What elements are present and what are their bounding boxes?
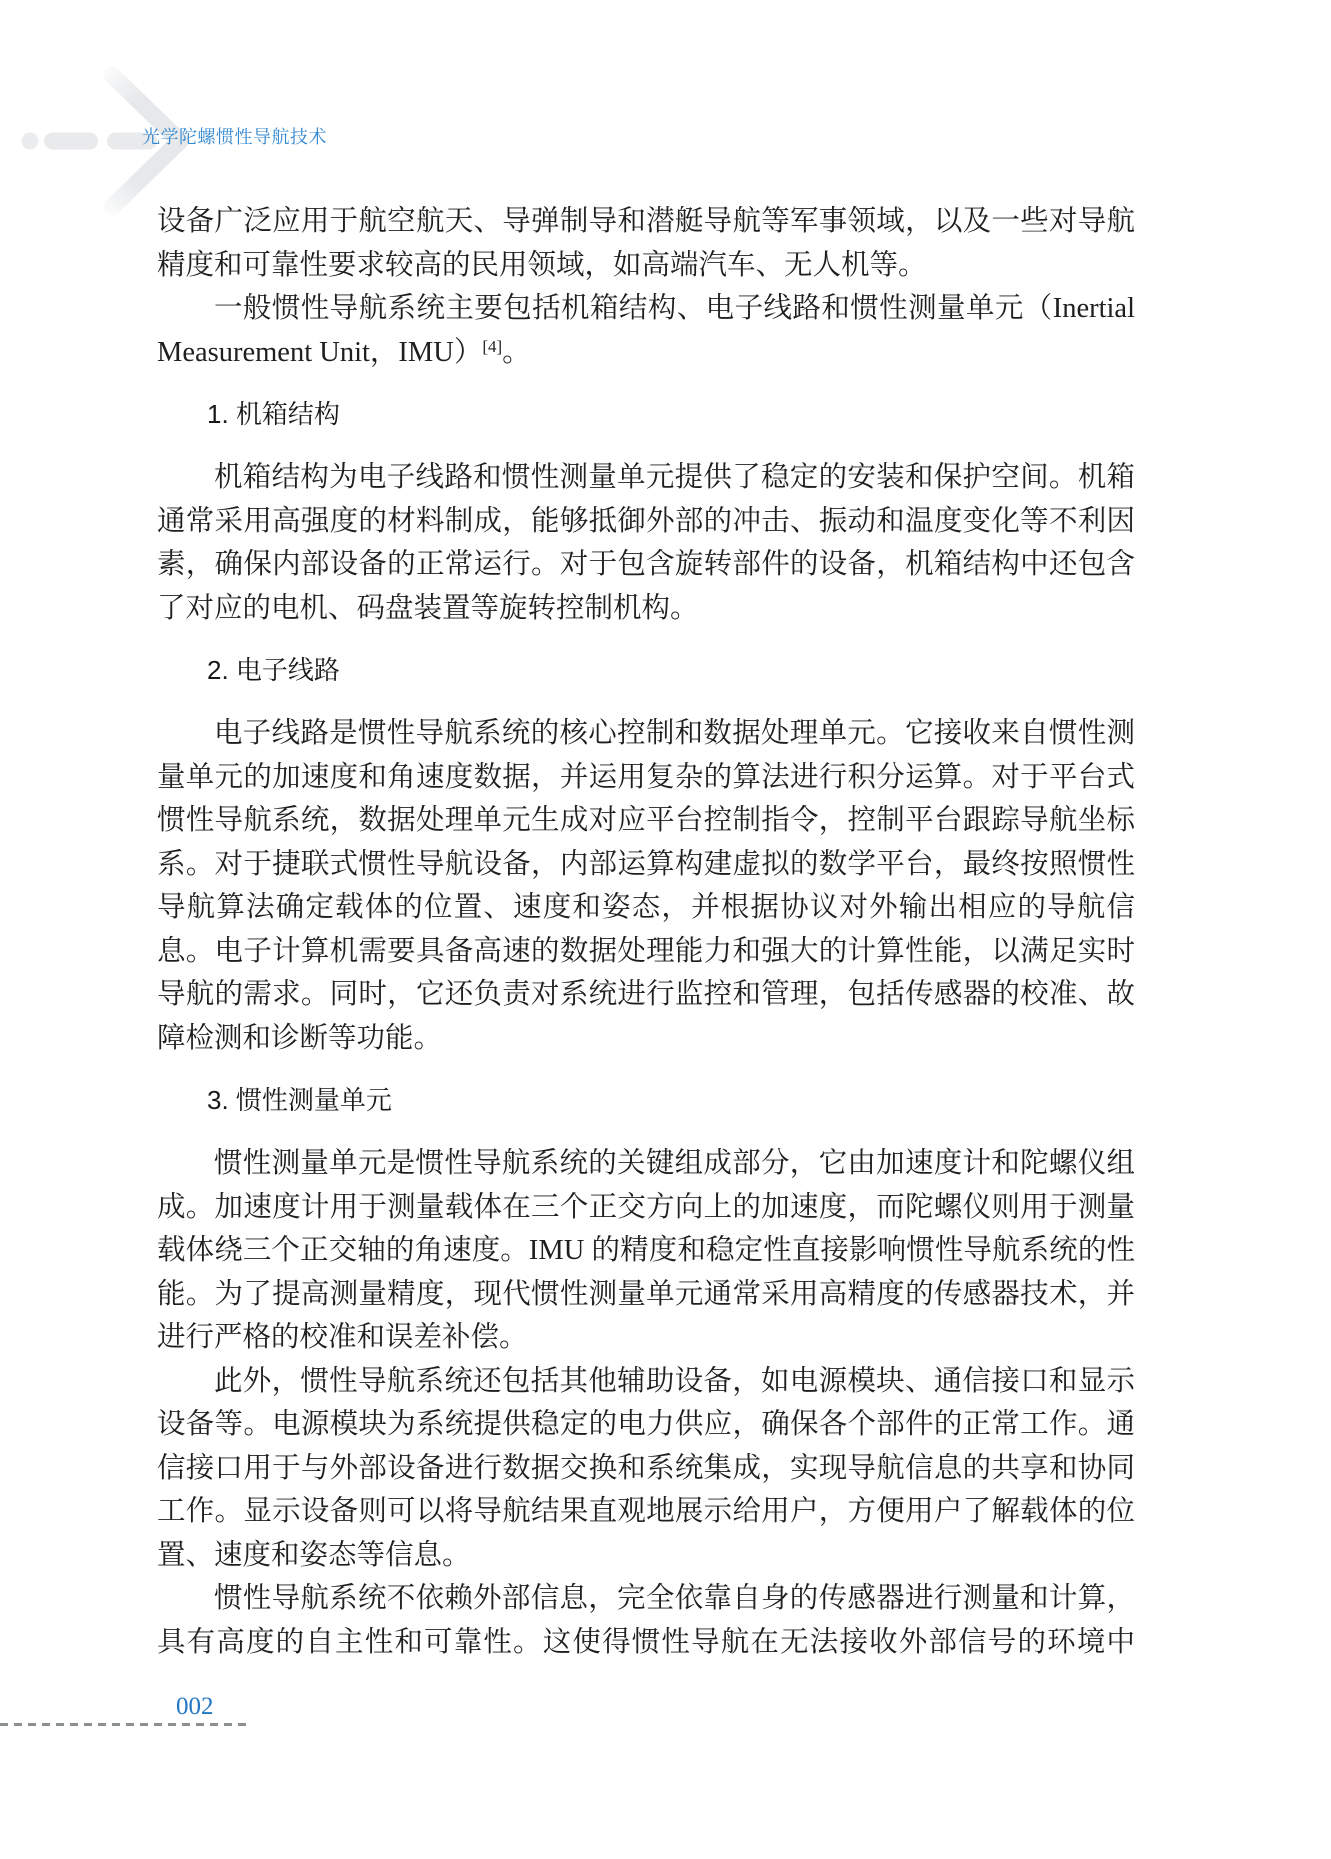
paragraph-imu: 惯性测量单元是惯性导航系统的关键组成部分，它由加速度计和陀螺仪组成。加速度计用于…: [157, 1142, 1135, 1360]
section-heading-electronics: 2. 电子线路: [207, 654, 1135, 686]
paragraph-chassis: 机箱结构为电子线路和惯性测量单元提供了稳定的安装和保护空间。机箱通常采用高强度的…: [157, 456, 1135, 630]
section-heading-imu: 3. 惯性测量单元: [207, 1084, 1135, 1116]
arrow-dot: [22, 133, 39, 150]
section-heading-chassis: 1. 机箱结构: [207, 398, 1135, 430]
paragraph-electronics: 电子线路是惯性导航系统的核心控制和数据处理单元。它接收来自惯性测量单元的加速度和…: [157, 712, 1135, 1060]
chapter-title: 光学陀螺惯性导航技术: [142, 124, 327, 150]
paragraph-imu-intro-period: 。: [502, 337, 531, 368]
citation-ref-4: [4]: [482, 337, 502, 356]
book-page: 光学陀螺惯性导航技术 设备广泛应用于航空航天、导弹制导和潜艇导航等军事领域，以及…: [0, 0, 1331, 1859]
paragraph-continued: 设备广泛应用于航空航天、导弹制导和潜艇导航等军事领域，以及一些对导航精度和可靠性…: [157, 200, 1135, 287]
paragraph-imu-intro: 一般惯性导航系统主要包括机箱结构、电子线路和惯性测量单元（Inertial Me…: [157, 287, 1135, 374]
paragraph-auxiliary: 此外，惯性导航系统还包括其他辅助设备，如电源模块、通信接口和显示设备等。电源模块…: [157, 1360, 1135, 1578]
footer-dashed-line: [0, 1723, 247, 1726]
arrow-dash-1: [44, 133, 98, 150]
paragraph-autonomy: 惯性导航系统不依赖外部信息，完全依靠自身的传感器进行测量和计算，具有高度的自主性…: [157, 1577, 1135, 1664]
page-body: 设备广泛应用于航空航天、导弹制导和潜艇导航等军事领域，以及一些对导航精度和可靠性…: [157, 200, 1135, 1664]
paragraph-imu-intro-text: 一般惯性导航系统主要包括机箱结构、电子线路和惯性测量单元（Inertial Me…: [157, 293, 1135, 368]
page-number: 002: [176, 1692, 214, 1722]
